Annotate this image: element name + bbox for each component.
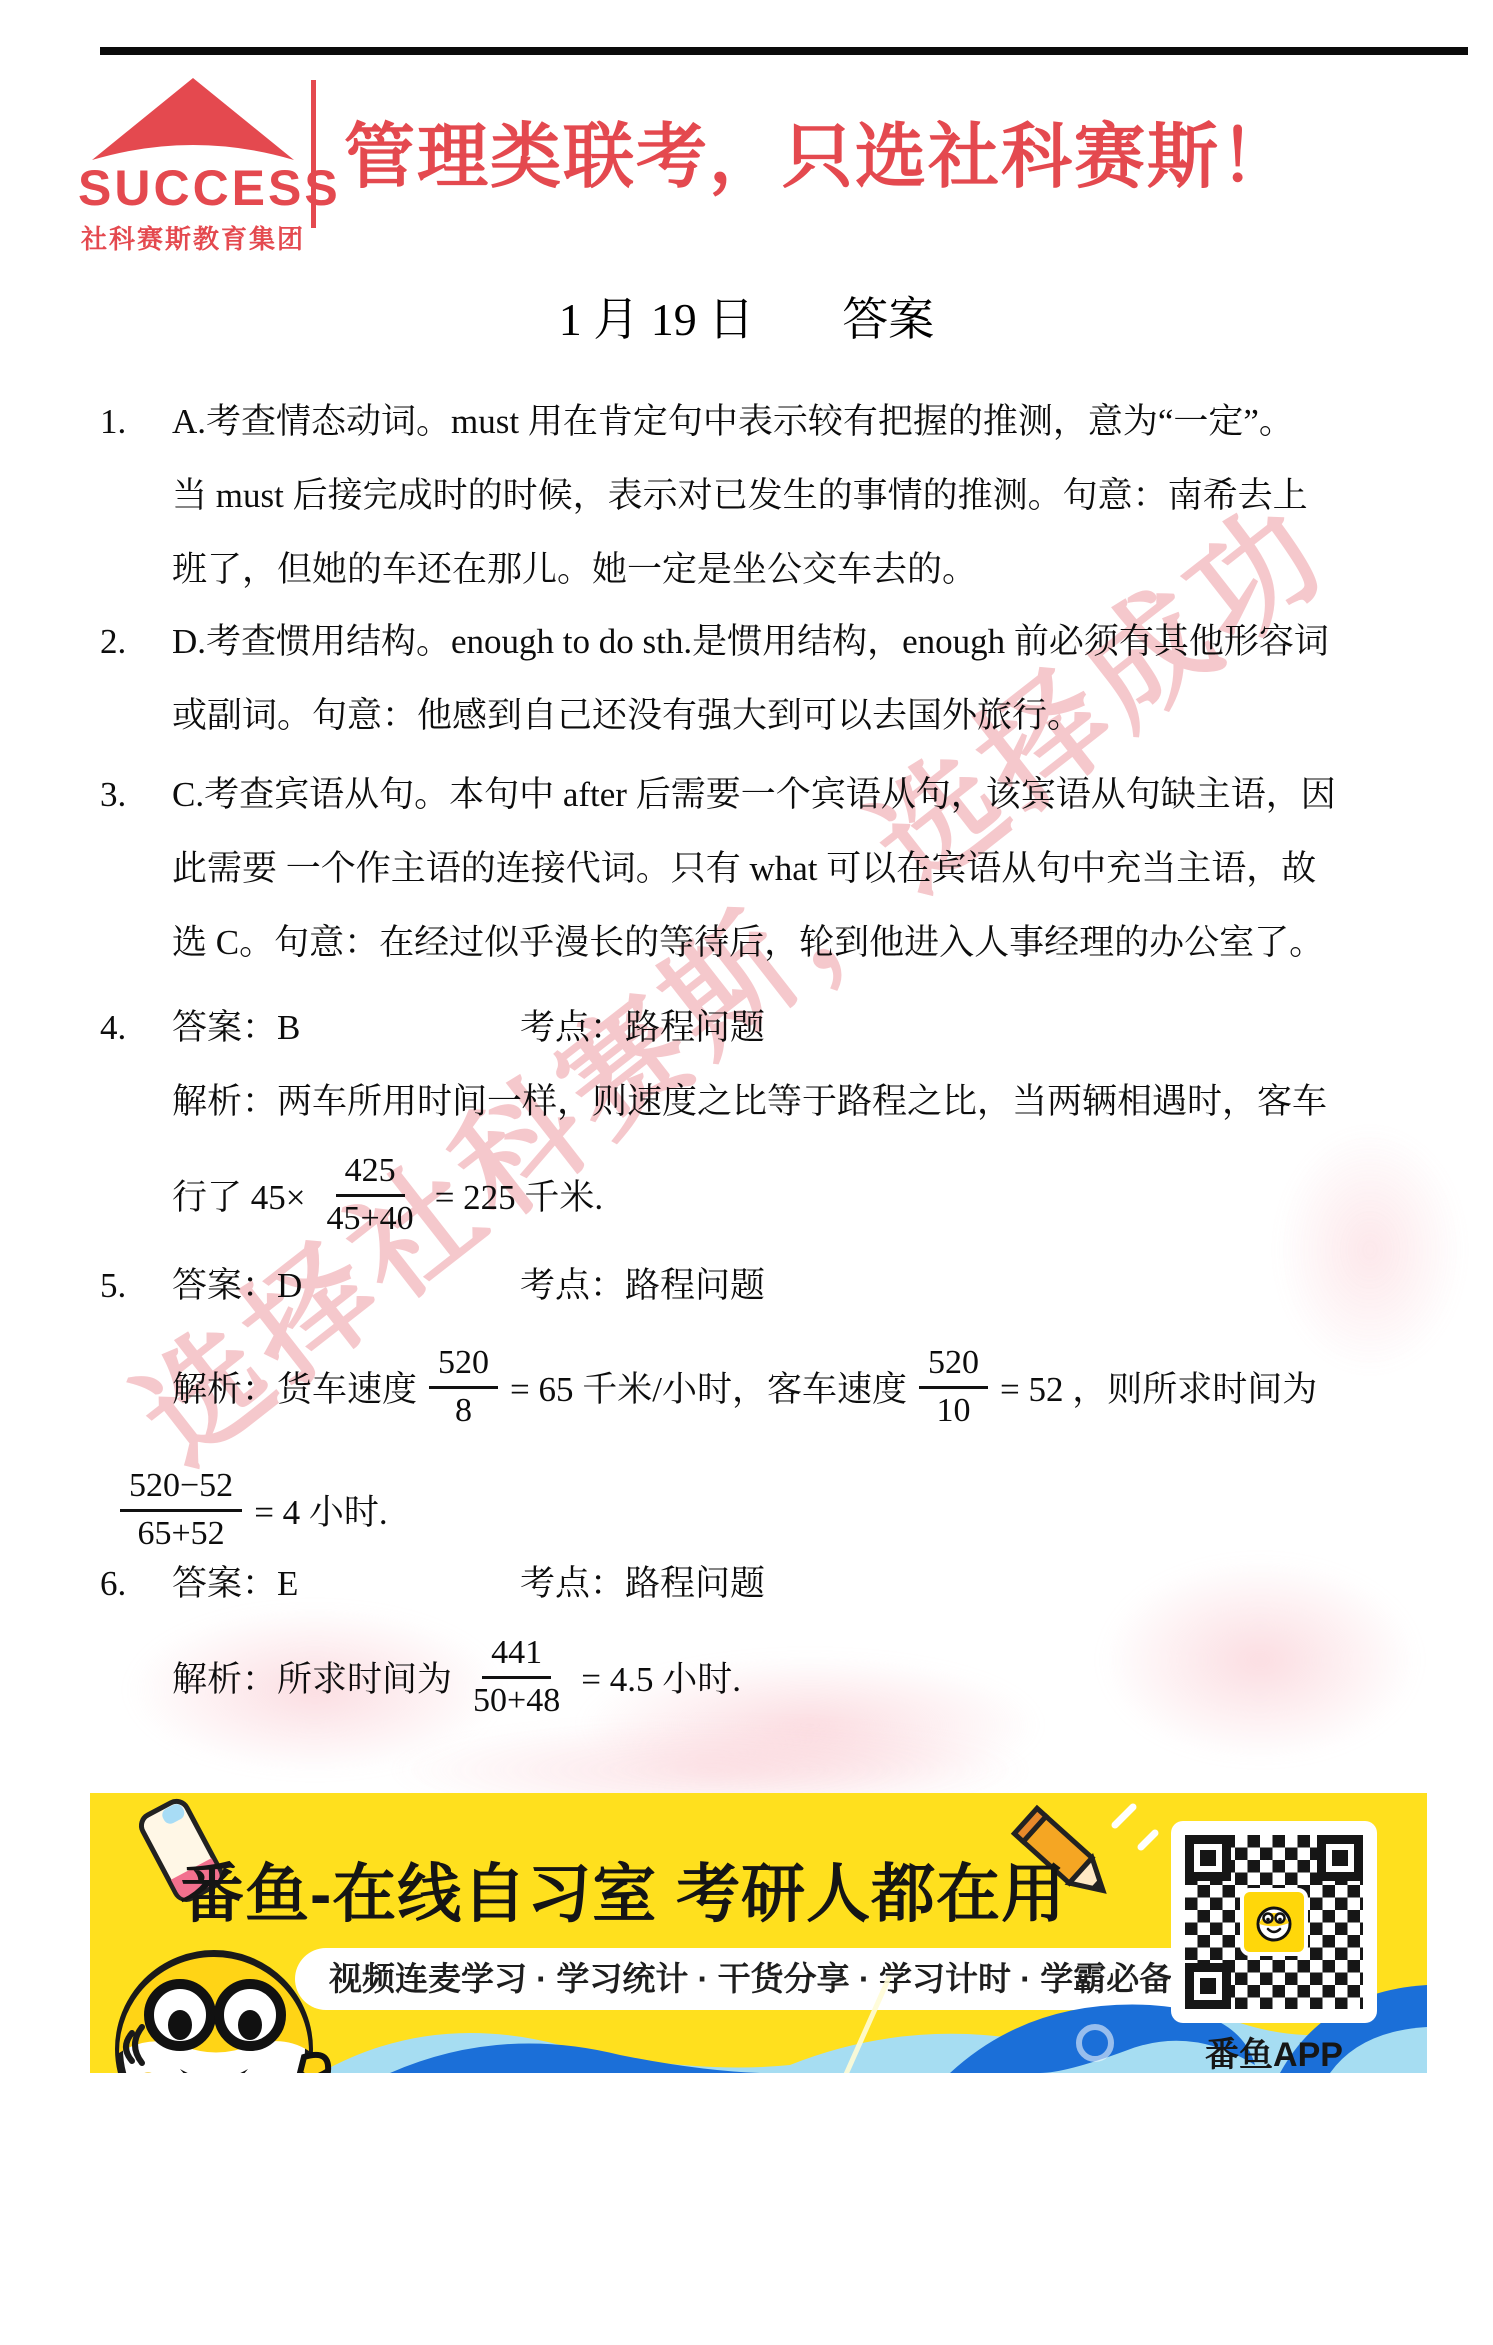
pufferfish-mascot (92, 1941, 342, 2073)
fraction-denominator: 8 (446, 1389, 481, 1433)
formula-prefix: 解析：所求时间为 (172, 1652, 452, 1702)
header-slogan: 管理类联考，只选社科赛斯！ (344, 100, 1293, 202)
fraction-numerator: 425 (336, 1149, 405, 1196)
fraction: 520 10 (919, 1341, 988, 1432)
fraction-numerator: 520 (919, 1341, 988, 1388)
item-number: 2. (100, 605, 126, 679)
formula-result: = 4.5 小时. (581, 1652, 741, 1702)
answer-item-2: 2. D.考查惯用结构。enough to do sth.是惯用结构，enoug… (100, 605, 1410, 753)
qr-center-fish-icon (1240, 1888, 1308, 1956)
fraction: 441 50+48 (464, 1631, 569, 1722)
header-divider (311, 80, 316, 228)
qr-caption: 番鱼APP (1171, 2027, 1377, 2073)
item-line: D.考查惯用结构。enough to do sth.是惯用结构，enough 前… (172, 605, 1410, 679)
item-number: 5. (100, 1249, 126, 1323)
page-title: 1 月 19 日答案 (0, 283, 1493, 349)
title-date: 1 月 19 日 (559, 294, 755, 345)
item-line: C.考查宾语从句。本句中 after 后需要一个宾语从句，该宾语从句缺主语，因 (172, 758, 1410, 832)
item-line: 或副词。句意：他感到自己还没有强大到可以去国外旅行。 (172, 679, 1410, 753)
answer-row: 答案：D 考点：路程问题 (172, 1249, 1410, 1323)
qr-code (1171, 1821, 1377, 2023)
exam-point-label: 考点：路程问题 (520, 1249, 765, 1323)
answer-label: 答案：B (172, 991, 520, 1065)
formula-result: = 4 小时. (254, 1485, 388, 1535)
item-line: A.考查情态动词。must 用在肯定句中表示较有把握的推测，意为“一定”。 (172, 385, 1410, 459)
title-answer: 答案 (842, 294, 934, 345)
formula-prefix: 行了 45× (172, 1170, 306, 1220)
answer-label: 答案：D (172, 1249, 520, 1323)
fraction-numerator: 520−52 (120, 1464, 242, 1511)
item-number: 1. (100, 385, 126, 459)
answer-item-1: 1. A.考查情态动词。must 用在肯定句中表示较有把握的推测，意为“一定”。… (100, 385, 1410, 607)
logo-brand-subtitle: 社科赛斯教育集团 (78, 219, 308, 256)
item-number: 6. (100, 1547, 126, 1621)
formula-mid: = 65 千米/小时，客车速度 (510, 1362, 907, 1412)
mountain-logo-icon (86, 72, 300, 164)
fraction-numerator: 520 (429, 1341, 498, 1388)
top-divider-rule (100, 47, 1468, 55)
item-line: 当 must 后接完成时的时候，表示对已发生的事情的推测。句意：南希去上 (172, 459, 1410, 533)
success-logo: SUCCESS 社科赛斯教育集团 (78, 72, 308, 256)
analysis-line: 解析：两车所用时间一样，则速度之比等于路程之比，当两辆相遇时，客车 (172, 1065, 1410, 1139)
exam-point-label: 考点：路程问题 (520, 991, 765, 1065)
exam-point-label: 考点：路程问题 (520, 1547, 765, 1621)
item-number: 4. (100, 991, 126, 1065)
qr-finder-icon (1185, 1963, 1231, 2009)
fraction-denominator: 45+40 (318, 1197, 423, 1241)
formula-prefix: 解析：货车速度 (172, 1362, 417, 1412)
fraction-numerator: 441 (482, 1631, 551, 1678)
item-line: 选 C。句意：在经过似乎漫长的等待后，轮到他进入人事经理的办公室了。 (172, 906, 1410, 980)
item-number: 3. (100, 758, 126, 832)
answer-label: 答案：E (172, 1547, 520, 1621)
answer-item-4: 4. 答案：B 考点：路程问题 解析：两车所用时间一样，则速度之比等于路程之比，… (100, 991, 1410, 1251)
answer-item-3: 3. C.考查宾语从句。本句中 after 后需要一个宾语从句，该宾语从句缺主语… (100, 758, 1410, 980)
formula-mid: = 52 ，则所求时间为 (1000, 1362, 1317, 1412)
formula-line: 解析：货车速度 520 8 = 65 千米/小时，客车速度 520 10 = 5… (172, 1323, 1410, 1451)
answer-item-6: 6. 答案：E 考点：路程问题 解析：所求时间为 441 50+48 = 4.5… (100, 1547, 1410, 1733)
qr-pattern (1185, 1835, 1363, 2009)
answer-row: 答案：E 考点：路程问题 (172, 1547, 1410, 1621)
formula-line: 解析：所求时间为 441 50+48 = 4.5 小时. (172, 1621, 1410, 1733)
formula-line: 行了 45× 425 45+40 = 225 千米. (172, 1139, 1410, 1251)
fraction: 425 45+40 (318, 1149, 423, 1240)
banner-title: 番鱼-在线自习室 考研人都在用 (180, 1843, 1066, 1935)
document-page: SUCCESS 社科赛斯教育集团 管理类联考，只选社科赛斯！ 1 月 19 日答… (0, 0, 1493, 2345)
formula-result: = 225 千米. (435, 1170, 604, 1220)
logo-brand-text: SUCCESS (78, 163, 308, 213)
answer-item-5: 5. 答案：D 考点：路程问题 解析：货车速度 520 8 = 65 千米/小时… (100, 1249, 1410, 1569)
fraction-denominator: 50+48 (464, 1679, 569, 1723)
item-line: 班了，但她的车还在那儿。她一定是坐公交车去的。 (172, 533, 1410, 607)
fanyu-ad-banner: 番鱼-在线自习室 考研人都在用 视频连麦学习 · 学习统计 · 干货分享 · 学… (90, 1793, 1427, 2073)
qr-finder-icon (1185, 1835, 1231, 1881)
item-line: 此需要 一个作主语的连接代词。只有 what 可以在宾语从句中充当主语，故 (172, 832, 1410, 906)
fraction-denominator: 10 (927, 1389, 979, 1433)
fraction: 520 8 (429, 1341, 498, 1432)
fraction: 520−52 65+52 (120, 1464, 242, 1555)
qr-finder-icon (1317, 1835, 1363, 1881)
answer-row: 答案：B 考点：路程问题 (172, 991, 1410, 1065)
